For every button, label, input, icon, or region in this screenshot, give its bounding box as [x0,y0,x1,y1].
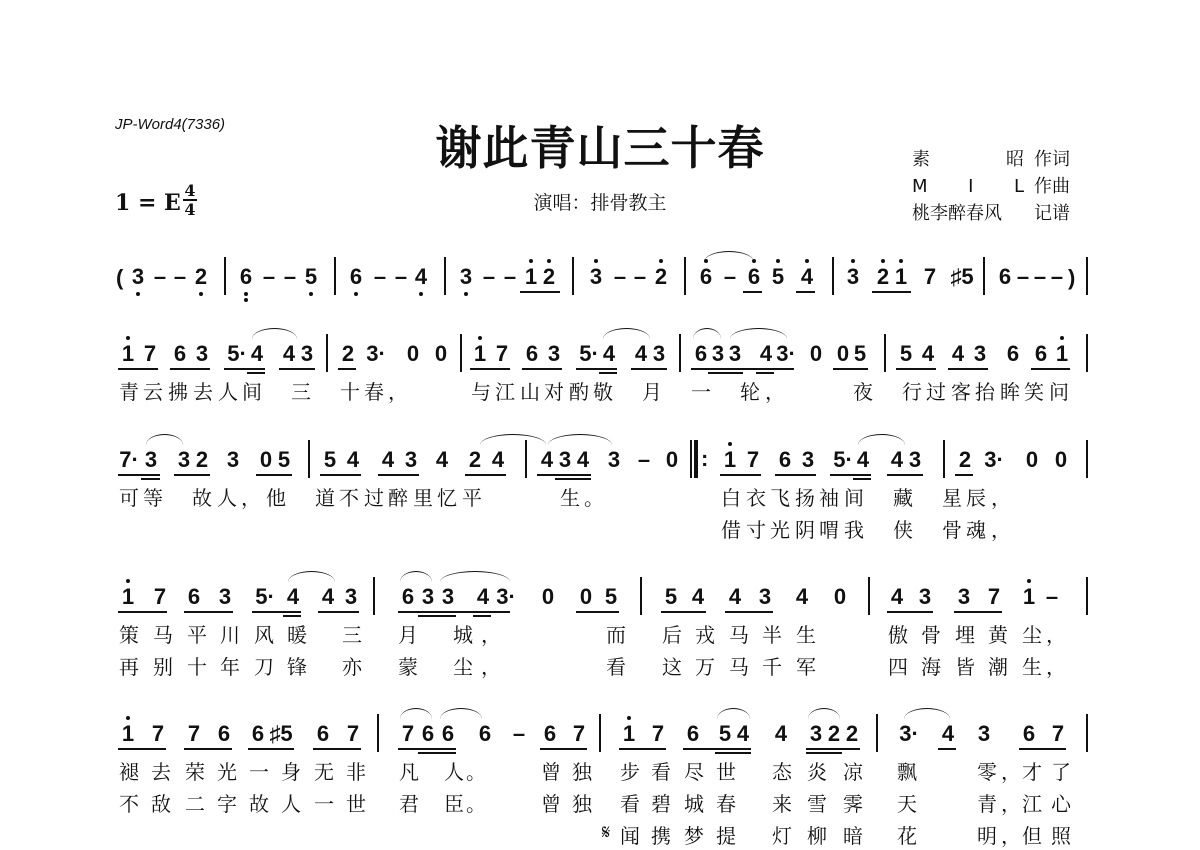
beam-underline [540,748,587,750]
lyric-char: 碧 [650,788,672,817]
beam-underline [318,611,359,613]
note: 5· [226,342,248,366]
note: 2 [340,342,356,366]
note: 4 [413,265,429,289]
lyric-char: 客 [950,376,972,405]
lyric-char: 借 [720,514,742,543]
note-glyph: 3 [958,584,970,609]
note: 3 [956,585,972,609]
lyric-char: 拂 [167,376,189,405]
repeat-colon: : [701,446,708,472]
note: 1 [1054,342,1070,366]
note: 5· [832,448,854,472]
key-signature: 1 = E [115,190,181,216]
lyric-char: 去 [150,756,172,785]
note: 4 [889,448,905,472]
lyric-char: 褪 [118,756,140,785]
note: 1 [722,448,738,472]
note-glyph: 1 [525,264,537,289]
octave-up-dot [881,259,885,263]
lyric-char: 十 [186,651,208,680]
lyric-char: 马 [728,651,750,680]
note-glyph: – [504,264,516,289]
note-glyph: 4 [760,341,772,366]
note-glyph: 0 [407,341,419,366]
note-glyph: 3 [759,584,771,609]
octave-up-dot [126,716,130,720]
lyric-char: 过 [925,376,947,405]
lyric-char: 与 [470,376,492,405]
beam-underline [522,368,562,370]
note-glyph: 0 [666,447,678,472]
lyric-char: 月 [641,376,663,405]
note: 0 [664,448,680,472]
lyric-char: 一 [690,376,712,405]
lyric-char: 春 [715,788,737,817]
note-glyph: – [1034,264,1046,289]
lyricist-name-2: 昭 [1006,146,1024,173]
composer-role: 作曲 [1034,173,1070,200]
lyric-char: ， [1045,619,1067,648]
beam-underline [283,611,301,613]
lyric-char: 骨 [920,619,942,648]
note-glyph: 6 [252,721,264,746]
transcriber-name: 桃李醉春风 [912,200,1002,227]
lyric-char: 笑 [1023,376,1045,405]
note-glyph: – [513,721,525,746]
slur-arc [808,708,840,719]
barline [868,577,870,615]
lyric-char: 明 [976,820,998,849]
note: – [612,265,628,289]
slur-arc [146,434,183,445]
time-signature-top: 4 [183,183,197,198]
note-glyph: 6 [174,341,186,366]
lyric-char: 去 [192,376,214,405]
note: 4 [950,342,966,366]
beam-underline [806,748,842,750]
note: – [282,265,298,289]
lyric-char: 三 [290,376,312,405]
note-glyph: 4 [891,447,903,472]
note-glyph: – [1046,584,1058,609]
lyric-char: 山 [519,376,541,405]
note: – [261,265,277,289]
lyric-char: 醉 [387,482,409,511]
slur-arc [548,434,612,445]
note: 4 [285,585,301,609]
lyric-char: 看 [605,651,627,680]
note: 1 [120,722,136,746]
note: 3 [845,265,861,289]
composer-credit: MIL 作曲 [912,173,1070,200]
beam-underline [247,372,265,374]
lyric-char: 步 [619,756,641,785]
note: 4 [380,448,396,472]
note: 6 [746,265,762,289]
note-glyph: 7 [188,721,200,746]
barline [224,257,226,295]
note-glyph: 0 [837,341,849,366]
note: – [1049,265,1065,289]
note-glyph: 3· [496,584,516,609]
lyric-char: 提 [715,820,737,849]
note: 6 [172,342,188,366]
note-glyph: 4 [492,447,504,472]
note: 6 [524,342,540,366]
note-glyph: 5 [324,447,336,472]
lyric-char: 轮 [739,376,761,405]
note: 7 [142,342,158,366]
lyric-char: 这 [661,651,683,680]
lyric-char: 曾 [540,788,562,817]
note: 4 [855,448,871,472]
octave-up-dot [659,259,663,263]
barline [599,714,601,752]
slur-arc [400,571,432,582]
note-glyph: 4 [283,341,295,366]
note: 0 [1053,448,1069,472]
lyric-char: 马 [728,619,750,648]
note-glyph: 7 [1052,721,1064,746]
lyric-char: 看 [619,788,641,817]
note: 6 [315,722,331,746]
note-glyph: 3· [899,721,919,746]
barline [525,440,527,478]
note-glyph: 3 [978,721,990,746]
note: 3· [365,342,387,366]
note: 3 [143,448,159,472]
lyric-char: 飘 [896,756,918,785]
note-glyph: 4 [347,447,359,472]
note-glyph: 5 [900,341,912,366]
lyric-char: 问 [1048,376,1070,405]
note: 5 [717,722,733,746]
lyric-char: 尘 [1021,619,1043,648]
note: 4 [758,342,774,366]
lyric-char: 黄 [987,619,1009,648]
slur-arc [904,708,950,719]
note-glyph: 3 [405,447,417,472]
octave-up-dot [126,579,130,583]
beam-underline [313,748,361,750]
lyric-char: 花 [896,820,918,849]
lyric-char: 心 [1050,788,1072,817]
lyric-char: 生 [559,482,581,511]
note: 3 [727,342,743,366]
note-glyph: 6 [700,264,712,289]
lyric-char: ， [1045,651,1067,680]
lyric-char: 对 [543,376,565,405]
repeat-barline-thick [694,440,698,478]
lyric-char: 辰 [965,482,987,511]
note-glyph: 4 [577,447,589,472]
note-glyph: 6 [748,264,760,289]
note-glyph: 3 [919,584,931,609]
note-glyph: 6 [999,264,1011,289]
note: 0 [835,342,851,366]
note-glyph: 4 [635,341,647,366]
barline [1086,714,1088,752]
note: 4 [475,585,491,609]
lyric-char: 身 [280,756,302,785]
beam-underline [418,611,456,613]
lyric-char: 才 [1021,756,1043,785]
octave-up-dot [899,259,903,263]
lyric-char: 平 [461,482,483,511]
note-glyph: 6 [687,721,699,746]
lyric-char: 十 [339,376,361,405]
beam-underline [896,368,936,370]
lyric-char: 尘 [452,651,474,680]
note-glyph: 1 [895,264,907,289]
note-glyph: 3 [145,447,157,472]
note-glyph: 4 [796,584,808,609]
note: 3 [440,585,456,609]
repeat-barline-thin [690,440,692,478]
note-glyph: 4 [415,264,427,289]
note-glyph: 0 [810,341,822,366]
lyric-char: 等 [142,482,164,511]
note: 3 [130,265,146,289]
note: 3· [775,342,797,366]
lyric-char: 生 [1021,651,1043,680]
note: 0 [832,585,848,609]
time-signature: 4 4 [183,183,197,217]
octave-up-dot [851,259,855,263]
note-glyph: 3· [776,341,796,366]
beam-underline [118,368,158,370]
barline [373,577,375,615]
lyric-char: 一 [313,788,335,817]
note: 3 [588,265,604,289]
note: 3 [917,585,933,609]
note-glyph: 4 [251,341,263,366]
lyric-char: 春 [363,376,385,405]
note-glyph: 3 [559,447,571,472]
note: 7 [400,722,416,746]
note-glyph: 6 [442,721,454,746]
octave-up-dot [627,716,631,720]
note-glyph: 0 [1055,447,1067,472]
beam-underline [853,474,871,476]
lyric-char: 暖 [286,619,308,648]
slur-arc [480,434,546,445]
lyric-char: 零 [976,756,998,785]
beam-underline [118,748,166,750]
beam-underline [247,368,265,370]
composer-name-2: I [968,173,973,200]
note-glyph: 2 [828,721,840,746]
beam-underline [141,478,160,480]
lyric-char: 君 [398,788,420,817]
note: 0 [258,448,274,472]
note-glyph: 5 [605,584,617,609]
note-glyph: 3 [608,447,620,472]
octave-down-dot [464,292,468,296]
note-glyph: 7 [924,264,936,289]
note: 3 [403,448,419,472]
note-glyph: 7 [652,721,664,746]
note-glyph: 3 [847,264,859,289]
note: 4 [539,448,555,472]
beam-underline [796,291,815,293]
note-glyph: 4 [436,447,448,472]
note: 4 [434,448,450,472]
octave-up-dot [126,336,130,340]
note: 4 [773,722,789,746]
note-glyph: ♯5 [950,264,973,289]
note-glyph: 2 [196,447,208,472]
lyric-char: 白 [720,482,742,511]
lyric-char: 衣 [745,482,767,511]
note-glyph: 1 [122,721,134,746]
beam-underline [338,368,356,370]
beam-underline [887,611,933,613]
beam-underline [174,474,210,476]
note-glyph: 3 [909,447,921,472]
note-glyph: 1 [623,721,635,746]
note-glyph: 4 [729,584,741,609]
note: 1 [472,342,488,366]
note: – [632,265,648,289]
note: 2 [844,722,860,746]
beam-underline [118,611,167,613]
lyric-char: ， [764,376,786,405]
note: 3 [217,585,233,609]
note: 4 [920,342,936,366]
lyric-char: 骨 [941,514,963,543]
note-glyph: 7 [496,341,508,366]
lyric-char: 。 [465,788,487,817]
note-glyph: 7 [988,584,1000,609]
lyric-char: 魂 [965,514,987,543]
lyric-char: 看 [650,756,672,785]
lyric-char: 臣 [443,788,465,817]
note-glyph: 3 [422,584,434,609]
note-glyph: 7 [347,721,359,746]
barline [308,440,310,478]
note-glyph: 1 [474,341,486,366]
note: 7 [345,722,361,746]
bracket-symbol: ( [116,265,123,291]
note-glyph: 7 [152,721,164,746]
slur-arc [288,571,335,582]
note-glyph: 3 [548,341,560,366]
note: 4 [601,342,617,366]
beam-underline [248,748,294,750]
lyric-char: 世 [345,788,367,817]
note: 6 [1033,342,1049,366]
note: 7 [186,722,202,746]
barline [640,577,642,615]
note-glyph: 5· [833,447,853,472]
lyric-char: 忆 [436,482,458,511]
lyric-char: 照 [1050,820,1072,849]
lyric-char: 扬 [794,482,816,511]
lyric-char: 梦 [683,820,705,849]
note: 1 [621,722,637,746]
beam-underline [418,615,456,617]
note-glyph: 3 [802,447,814,472]
lyric-char: 青 [976,788,998,817]
note-glyph: 3 [590,264,602,289]
lyric-char: 万 [694,651,716,680]
note: 3 [808,722,824,746]
lyric-char: 青 [118,376,140,405]
note: 3 [343,585,359,609]
note-glyph: 5· [255,584,275,609]
note: ♯5 [950,265,974,289]
note-glyph: 5 [772,264,784,289]
lyric-char: ， [990,514,1012,543]
note: 6 [777,448,793,472]
note-glyph: – [614,264,626,289]
note: 2 [957,448,973,472]
lyric-char: 凉 [842,756,864,785]
lyric-char: 千 [761,651,783,680]
note-glyph: 4 [322,584,334,609]
lyric-char: 生 [795,619,817,648]
note-glyph: 6 [240,264,252,289]
note: 7 [745,448,761,472]
lyric-char: ， [990,482,1012,511]
lyricist-name-1: 素 [912,146,930,173]
lyric-char: 二 [184,788,206,817]
lyric-char: 可 [118,482,140,511]
note: – [372,265,388,289]
note-glyph: 3 [442,584,454,609]
note: 4 [799,265,815,289]
lyric-char: 马 [152,619,174,648]
note: 4 [249,342,265,366]
beam-underline [955,474,973,476]
beam-underline [418,752,456,754]
note: 4 [281,342,297,366]
lyric-char: 他 [265,482,287,511]
note: 6 [1021,722,1037,746]
lyric-char: 城 [452,619,474,648]
lyric-char: 霁 [842,788,864,817]
beam-underline [141,474,160,476]
note-glyph: 2 [959,447,971,472]
time-signature-bottom: 4 [183,202,197,217]
note-glyph: 4 [541,447,553,472]
note-glyph: 6 [402,584,414,609]
note: 2 [193,265,209,289]
beam-underline [806,752,842,754]
note: – [1044,585,1060,609]
note-glyph: – [634,264,646,289]
note: 3 [176,448,192,472]
note: 1 [523,265,539,289]
beam-underline [320,474,361,476]
lyric-char: 间 [843,482,865,511]
note: – [636,448,652,472]
lyric-char: 锋 [286,651,308,680]
octave-down-dot [199,292,203,296]
note: 3 [546,342,562,366]
lyric-char: 埋 [954,619,976,648]
lyric-char: 江 [1021,788,1043,817]
note: 5· [254,585,276,609]
lyric-char: 戎 [694,619,716,648]
beam-underline [725,611,773,613]
note: – [481,265,497,289]
note-glyph: 0 [580,584,592,609]
note-glyph: 6 [188,584,200,609]
note-glyph: 3 [178,447,190,472]
